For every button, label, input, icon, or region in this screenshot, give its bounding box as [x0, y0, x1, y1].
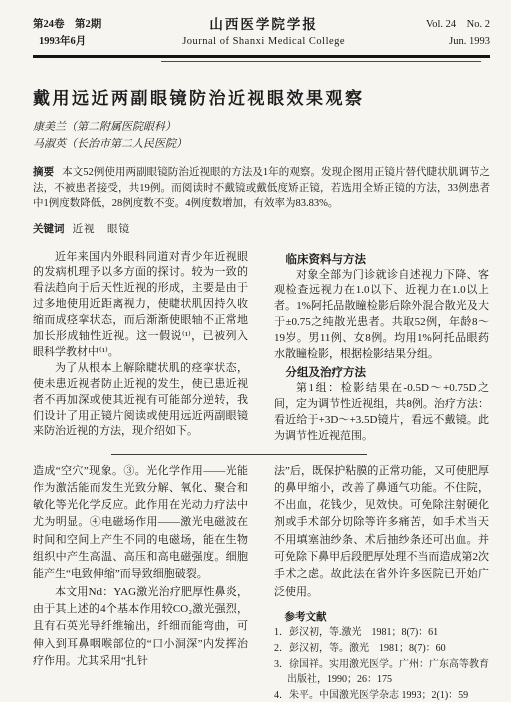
clinical-methods-paragraph: 对象全部为门诊就诊自述视力下降、客观检查远视力在1.0以下、近视力在1.0以上者…: [274, 268, 489, 363]
page-content: 第24卷 第2期 1993年6月 山西医学院学报 Journal of Shan…: [33, 0, 490, 702]
journal-header-right: Vol. 24 No. 2 Jun. 1993: [426, 16, 490, 50]
reference-item-2: 2．彭汉初，等。激光 1981；8(7)：60: [274, 641, 489, 656]
main-article-columns: 近年来国内外眼科同道对青少年近视眼的发病机理予以多方面的探讨。较为一致的看法趋向…: [33, 250, 490, 445]
author-line-2: 马淑英（长治市第二人民医院）: [33, 136, 490, 153]
intro-paragraph-2: 为了从根本上解除睫状肌的痉挛状态，使未患近视者防止近视的发生，使已患近视者不再加…: [33, 361, 248, 441]
continued-left-column: 造成“空穴”现象。③。光化学作用——光能作为激活能而发生光致分解、氧化、聚合和敏…: [33, 463, 248, 702]
keywords-label: 关键词: [33, 224, 65, 235]
scanned-journal-page: 第24卷 第2期 1993年6月 山西医学院学报 Journal of Shan…: [0, 0, 511, 702]
main-left-column: 近年来国内外眼科同道对青少年近视眼的发病机理予以多方面的探讨。较为一致的看法趋向…: [33, 250, 248, 445]
journal-title-cn: 山西医学院学报: [182, 16, 345, 33]
journal-date-en: Jun. 1993: [426, 33, 490, 50]
header-rule-thin: [161, 61, 481, 62]
journal-volume-issue-cn: 第24卷 第2期: [33, 16, 101, 33]
section-heading-grouping-treatment: 分组及治疗方法: [274, 364, 489, 380]
section-heading-clinical-methods: 临床资料与方法: [274, 251, 489, 267]
reference-item-1: 1．彭汉初，等.激光 1981；8(7)：61: [274, 625, 489, 640]
continued-paragraph-3: 法”后，既保护粘膜的正常功能，又可使肥厚的鼻甲缩小，改善了鼻通气功能。不住院，不…: [274, 463, 489, 601]
abstract-label: 摘要: [33, 167, 54, 178]
main-right-column: 临床资料与方法 对象全部为门诊就诊自述视力下降、客观检查远视力在1.0以下、近视…: [274, 250, 489, 445]
article-divider-rule: [111, 454, 367, 455]
journal-date-cn: 1993年6月: [33, 33, 101, 50]
journal-header-center: 山西医学院学报 Journal of Shanxi Medical Colleg…: [182, 16, 345, 50]
reference-item-3: 3．徐国祥。实用激光医学。广州：广东高等教育出版社，1990；26：175: [274, 657, 489, 687]
intro-paragraph-1: 近年来国内外眼科同道对青少年近视眼的发病机理予以多方面的探讨。较为一致的看法趋向…: [33, 250, 248, 361]
references-heading: 参考文献: [274, 609, 489, 624]
abstract-text: 本文52例使用两副眼镜防治近视眼的方法及1年的观察。发现企图用正镜片替代睫状肌调…: [33, 167, 490, 209]
keywords-block: 关键词近视 眼镜: [33, 221, 490, 236]
journal-header-left: 第24卷 第2期 1993年6月: [33, 16, 101, 50]
journal-title-en: Journal of Shanxi Medical College: [182, 33, 345, 50]
reference-item-4: 4．朱平。中国激光医学杂志 1993；2(1)：59: [274, 688, 489, 702]
author-block: 康美兰（第二附属医院眼科） 马淑英（长治市第二人民医院）: [33, 119, 490, 153]
author-line-1: 康美兰（第二附属医院眼科）: [33, 119, 490, 136]
journal-volume-issue-en: Vol. 24 No. 2: [426, 16, 490, 33]
grouping-treatment-paragraph: 第1组：检影结果在-0.5D～+0.75D之间，定为调节性近视组，共8例。治疗方…: [274, 381, 489, 445]
continued-paragraph-2: 本文用Nd：YAG激光治疗肥厚性鼻炎，由于其上述的4个基本作用较CO₂激光强烈，…: [33, 584, 248, 670]
continued-article-columns: 造成“空穴”现象。③。光化学作用——光能作为激活能而发生光致分解、氧化、聚合和敏…: [33, 463, 490, 702]
abstract-block: 摘要本文52例使用两副眼镜防治近视眼的方法及1年的观察。发现企图用正镜片替代睫状…: [33, 165, 490, 212]
continued-right-column: 法”后，既保护粘膜的正常功能，又可使肥厚的鼻甲缩小，改善了鼻通气功能。不住院，不…: [274, 463, 489, 702]
continued-paragraph-1: 造成“空穴”现象。③。光化学作用——光能作为激活能而发生光致分解、氧化、聚合和敏…: [33, 463, 248, 584]
journal-header: 第24卷 第2期 1993年6月 山西医学院学报 Journal of Shan…: [33, 16, 490, 50]
article-title: 戴用远近两副眼镜防治近视眼效果观察: [33, 84, 490, 109]
keywords-text: 近视 眼镜: [73, 224, 131, 235]
header-rule-thick: [33, 55, 490, 58]
